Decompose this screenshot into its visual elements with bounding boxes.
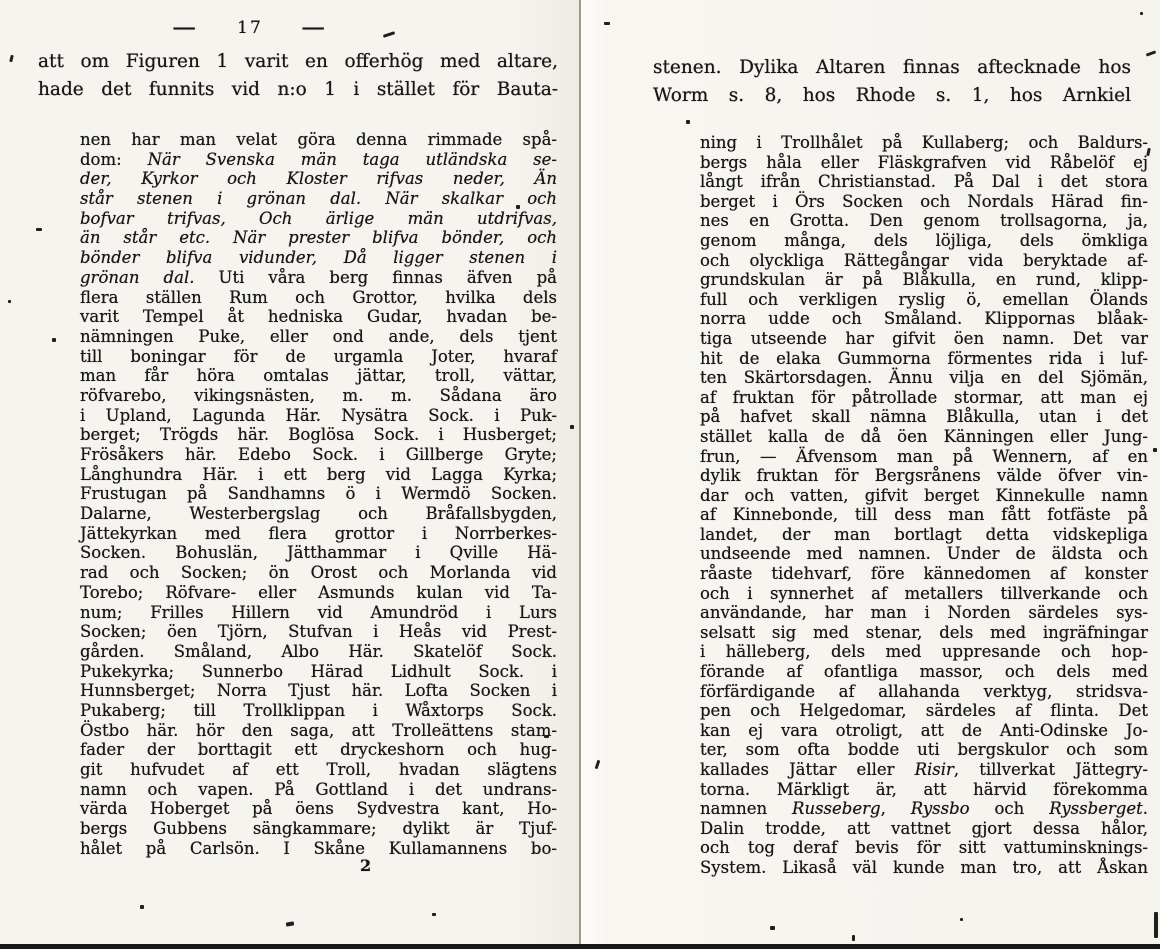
text-line: värda Hoberget på öens Sydvestra kant, H… [80, 799, 557, 819]
text-line: Socken. Bohuslän, Jätthammar i Qville Hä… [80, 543, 557, 563]
ink-speck [1140, 12, 1143, 15]
text-line: torna. Märkligt är, att härvid förekomma [700, 780, 1148, 800]
left-running-head: — 17 — [130, 18, 370, 38]
text-line: ning i Trollhålet på Kullaberg; och Bald… [700, 133, 1148, 153]
ink-speck [852, 935, 855, 941]
text-line: man får höra omtalas jättar, troll, vätt… [80, 366, 557, 386]
text-line: pen och Helgedomar, särdeles af flinta. … [700, 701, 1148, 721]
ink-speck [36, 228, 42, 231]
ink-speck [686, 120, 690, 124]
text-line: nämningen Puke, eller ond ande, dels tje… [80, 327, 557, 347]
text-line: git hufvudet af ett Troll, hvadan slägte… [80, 760, 557, 780]
right-page-intro: stenen. Dylika Altaren finnas aftecknade… [653, 54, 1131, 110]
text-line: bergs håla eller Fläskgrafven vid Råbelö… [700, 153, 1148, 173]
left-page-intro: att om Figuren 1 varit en offerhög med a… [38, 48, 558, 104]
text-line: hade det funnits vid n:o 1 i stället för… [38, 76, 558, 104]
text-line: förfärdigande af allahanda verktyg, stri… [700, 682, 1148, 702]
text-line: kallades Jättar eller Risir, tillverkat … [700, 760, 1148, 780]
text-line: att om Figuren 1 varit en offerhög med a… [38, 48, 558, 76]
ink-speck [544, 735, 549, 738]
text-line: råaste tidehvarf, före kännedomen af kon… [700, 564, 1148, 584]
text-line: ten Skärtorsdagen. Ännu vilja en del Sjö… [700, 368, 1148, 388]
text-line: nes en Grotta. Den genom trollsagorna, j… [700, 211, 1148, 231]
text-line: dar och vatten, gifvit berget Kinnekulle… [700, 486, 1148, 506]
ink-speck [1154, 912, 1158, 938]
text-line: undseende med namnen. Under de äldsta oc… [700, 544, 1148, 564]
text-line: berget; Trögds här. Boglösa Sock. i Husb… [80, 425, 557, 445]
text-line: Pukaberg; till Trollklippan i Wåxtorps S… [80, 701, 557, 721]
text-line: grönan dal. Uti våra berg finnas äfven p… [80, 268, 557, 288]
text-line: i Upland, Lagunda Här. Nysätra Sock. i P… [80, 406, 557, 426]
text-line: bergs Gubbens sängkammare; dylikt är Tju… [80, 819, 557, 839]
text-line: rad och Socken; ön Orost och Morlanda vi… [80, 563, 557, 583]
text-line: stället kalla de då öen Känningen eller … [700, 427, 1148, 447]
text-line: Östbo här. hör den saga, att Trolleätten… [80, 721, 557, 741]
text-line: än står etc. När prester blifva bönder, … [80, 228, 557, 248]
text-line: bofvar trifvas, Och ärlige män utdrifvas… [80, 209, 557, 229]
text-line: förande af ofantliga massor, och dels me… [700, 662, 1148, 682]
text-line: i hälleberg, dels med uppresande och hop… [700, 642, 1148, 662]
text-line: gården. Småland, Albo Här. Skatelöf Sock… [80, 642, 557, 662]
text-line: frun, — Äfvensom man på Wennern, af en [700, 447, 1148, 467]
text-line: flera ställen Rum och Grottor, hvilka de… [80, 288, 557, 308]
text-line: Worm s. 8, hos Rhode s. 1, hos Arnkiel [653, 82, 1131, 110]
text-line: namnen Russeberg, Ryssbo och Ryssberget. [700, 799, 1148, 819]
text-line: på hafvet skall nämna Blåkulla, utan i d… [700, 407, 1148, 427]
text-line: och tog deraf bevis för sitt vattuminskn… [700, 838, 1148, 858]
right-page-body: ning i Trollhålet på Kullaberg; och Bald… [700, 133, 1148, 878]
text-line: bönder blifva vidunder, Då ligger stenen… [80, 248, 557, 268]
text-line: berget i Örs Socken och Nordals Härad fi… [700, 192, 1148, 212]
text-line: Frustugan på Sandhamns ö i Wermdö Socken… [80, 484, 557, 504]
text-line: Pukekyrka; Sunnerbo Härad Lidhult Sock. … [80, 662, 557, 682]
text-line: ter, som ofta bodde uti bergskulor och s… [700, 740, 1148, 760]
text-line: af Kinnebonde, till dess man fått fotfäs… [700, 505, 1148, 525]
right-running-head: — 18 — [1136, 20, 1160, 40]
text-line: dylik fruktan för Bergsrånens välde öfve… [700, 466, 1148, 486]
text-line: tiga utseende har gifvit öen namn. Det v… [700, 329, 1148, 349]
ink-speck [8, 300, 11, 303]
text-line: till boningar för de urgamla Joter, hvar… [80, 347, 557, 367]
text-line: varit Tempel åt hedniska Gudar, hvadan b… [80, 307, 557, 327]
text-line: kan ej vara otroligt, att de Anti-Odinsk… [700, 721, 1148, 741]
left-page-number: 17 [237, 18, 263, 38]
ink-speck [570, 425, 574, 429]
right-page: — 18 — stenen. Dylika Altaren finnas aft… [581, 0, 1160, 949]
text-line: fader der borttagit ett dryckeshorn och … [80, 740, 557, 760]
left-page: — 17 — att om Figuren 1 varit en offerhö… [0, 0, 579, 949]
ink-speck [52, 338, 56, 342]
text-line: Dalin trodde, att vattnet gjort dessa hå… [700, 819, 1148, 839]
text-line: der, Kyrkor och Kloster rifvas neder, Än [80, 169, 557, 189]
text-line: Långhundra Här. i ett berg vid Lagga Kyr… [80, 465, 557, 485]
text-line: Frösåkers här. Edebo Sock. i Gillberge G… [80, 445, 557, 465]
text-line: System. Likaså väl kunde man tro, att Ås… [700, 858, 1148, 878]
ink-speck [960, 918, 963, 921]
book-spread: — 17 — att om Figuren 1 varit en offerhö… [0, 0, 1160, 949]
ink-speck [770, 926, 775, 930]
text-line: Torebo; Röfvare- eller Asmunds kulan vid… [80, 583, 557, 603]
text-line: landet, der man bortlagt detta vidskepli… [700, 525, 1148, 545]
text-line: hålet på Carlsön. I Skåne Kullamannens b… [80, 839, 557, 859]
text-line: Jättekyrkan med flera grottor i Norrberk… [80, 524, 557, 544]
text-line: num; Frilles Hillern vid Amundröd i Lurs [80, 603, 557, 623]
signature-mark: 2 [360, 856, 371, 875]
text-line: genom många, dels löjliga, dels ömkliga [700, 231, 1148, 251]
text-line: selsatt sig med stenar, dels med ingräfn… [700, 623, 1148, 643]
text-line: och olyckliga Rättegångar vida beryktade… [700, 251, 1148, 271]
text-line: Dalarne, Westerbergslag och Bråfallsbygd… [80, 504, 557, 524]
text-line: och i synnerhet af metallers tillverkand… [700, 584, 1148, 604]
header-dash-right: — [301, 18, 328, 38]
text-line: långt ifrån Christianstad. På Dal i det … [700, 172, 1148, 192]
scan-edge-bar [0, 944, 1160, 949]
text-line: hit de elaka Gummorna förmentes rida i l… [700, 349, 1148, 369]
text-line: Hunnsberget; Norra Tjust här. Lofta Sock… [80, 681, 557, 701]
text-line: stenen. Dylika Altaren finnas aftecknade… [653, 54, 1131, 82]
text-line: står stenen i grönan dal. När skalkar oc… [80, 189, 557, 209]
text-line: namn och vapen. På Gottland i det undran… [80, 780, 557, 800]
ink-speck [140, 905, 144, 909]
text-line: Socken; öen Tjörn, Stufvan i Heås vid Pr… [80, 622, 557, 642]
left-page-body: nen har man velat göra denna rimmade spå… [80, 130, 557, 858]
text-line: af fruktan för påtrollade stormar, att m… [700, 388, 1148, 408]
ink-speck [432, 913, 436, 916]
text-line: röfvarebo, vikingsnästen, m. m. Sådana ä… [80, 386, 557, 406]
text-line: användande, har man i Norden särdeles sy… [700, 603, 1148, 623]
text-line: nen har man velat göra denna rimmade spå… [80, 130, 557, 150]
text-line: dom: När Svenska män taga utländska se- [80, 150, 557, 170]
text-line: full och verkligen ryslig ö, emellan Öla… [700, 290, 1148, 310]
text-line: grundskulan är på Blåkulla, en rund, kli… [700, 270, 1148, 290]
ink-speck [604, 22, 610, 25]
ink-speck [516, 205, 520, 209]
ink-speck [1153, 448, 1157, 452]
text-line: norra udde och Småland. Klippornas blåak… [700, 309, 1148, 329]
header-dash-left: — [172, 18, 199, 38]
